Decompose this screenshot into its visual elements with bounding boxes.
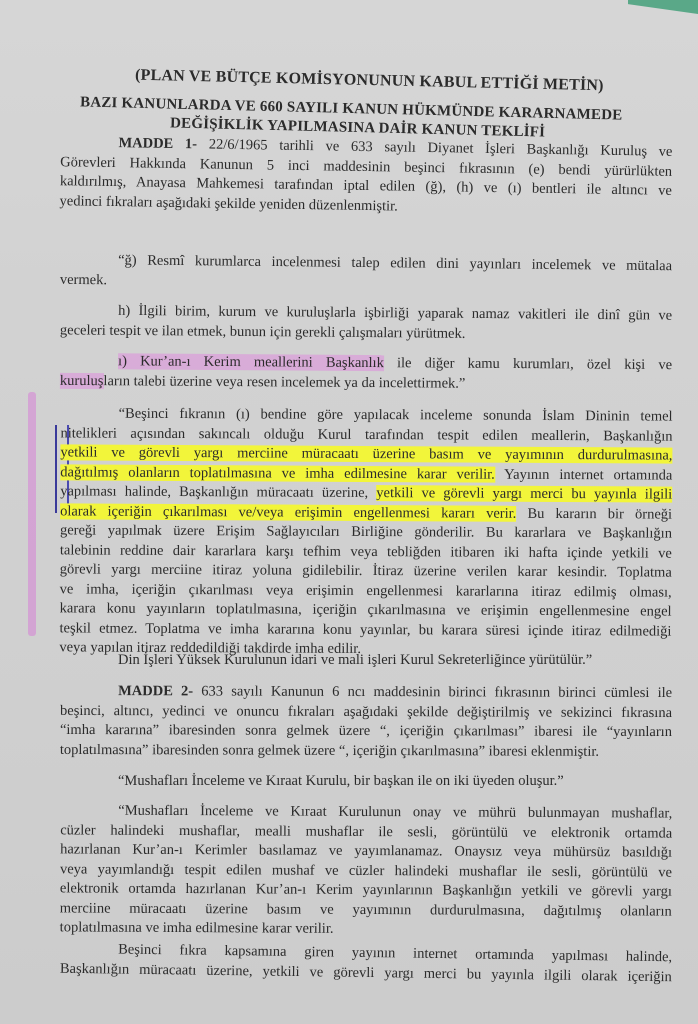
paragraph-line: “Mushafları İnceleme ve Kıraat Kurulunun… (60, 801, 672, 824)
paragraph-line: “Mushafları İnceleme ve Kıraat Kurulu, b… (60, 772, 672, 792)
madde-2-paragraph: MADDE 2- 633 sayılı Kanunun 6 ncı maddes… (60, 682, 672, 762)
madde-2-line: toplatılmasına” ibaresinden sonra gelmek… (60, 740, 672, 762)
paragraph-line: Bu kararın bir örneği (516, 505, 672, 522)
pink-margin-marker (28, 392, 36, 636)
yellow-highlight: dağıtılmış olanların toplatılmasına ve i… (60, 464, 495, 482)
yellow-highlight: yetkili ve görevli yargı merciine müraca… (60, 444, 672, 463)
doc-subtitle: (PLAN VE BÜTÇE KOMİSYONUNUN KABUL ETTİĞİ… (135, 67, 604, 96)
green-folder-edge (628, 0, 698, 14)
madde-2-line: beşinci, altıncı, yedinci ve onuncu fıkr… (60, 701, 672, 723)
paragraph-line: hazırlanan Kur’an-ı Kerimler basılamaz v… (60, 840, 672, 863)
pink-highlight: ı) Kur’an-ı Kerim meallerini Başkanlık (118, 353, 384, 371)
paper-page: (PLAN VE BÜTÇE KOMİSYONUNUN KABUL ETTİĞİ… (0, 0, 698, 1024)
bent-g-paragraph: “ğ) Resmî kurumlarca incelenmesi talep e… (60, 251, 672, 296)
yellow-highlight: olarak içeriğin çıkarılması ve/veya eriş… (60, 503, 516, 521)
bent-i-paragraph: ı) Kur’an-ı Kerim meallerini Başkanlık i… (60, 352, 672, 395)
yellow-highlight: yetkili ve görevli yargı merci bu yayınl… (376, 485, 672, 503)
madde-2-line: “imha kararına” ibaresinden sonra gelmek… (60, 721, 672, 743)
mushaf-onay-paragraph: “Mushafları İnceleme ve Kıraat Kurulunun… (60, 801, 673, 941)
besinci-fikra-paragraph: “Beşinci fıkranın (ı) bendine göre yapıl… (59, 404, 672, 661)
paragraph-line: “Beşinci fıkranın (ı) bendine göre yapıl… (61, 404, 673, 427)
mushaf-kurulu-paragraph: “Mushafları İnceleme ve Kıraat Kurulu, b… (60, 772, 672, 792)
paragraph-line: görevli yargı merciine itiraz yoluna gid… (60, 560, 672, 583)
pink-highlight: kuruluş (60, 372, 104, 388)
paragraph-line: Din İşleri Yüksek Kurulunun idari ve mal… (60, 651, 672, 671)
madde-1-paragraph: MADDE 1- 22/6/1965 tarihli ve 633 sayılı… (59, 133, 672, 221)
paragraph-line: karara konu yayınların toplatılmasına, i… (60, 599, 672, 622)
bent-h-paragraph: h) İlgili birim, kurum ve kuruluşlarla i… (60, 301, 672, 345)
paragraph-line: Yayının internet ortamında (495, 466, 673, 483)
bent-i-text: ile diğer kamu kurumları, özel kişi ve (384, 355, 672, 373)
din-isleri-paragraph: Din İşleri Yüksek Kurulunun idari ve mal… (60, 651, 672, 671)
besinci-fikra-kapsam-paragraph: Beşinci fıkra kapsamına giren yayının in… (60, 940, 672, 988)
paragraph-line: gereği yapılmak üzere Erişim Sağlayıcıla… (60, 521, 672, 544)
paragraph-line: toplatılmasına ve imha edilmesine karar … (60, 918, 672, 941)
madde-2-line: 633 sayılı Kanunun 6 ncı maddesinin biri… (193, 683, 672, 701)
madde-1-label: MADDE 1- (118, 135, 197, 152)
paragraph-line: yapılması halinde, Başkanlığın müracaatı… (60, 483, 376, 501)
madde-2-label: MADDE 2- (118, 683, 193, 699)
paragraph-line: elektronik ortamda hazırlanan Kur’an-ı K… (60, 879, 672, 902)
bent-i-text: ların talebi üzerine veya resen inceleme… (103, 373, 465, 392)
